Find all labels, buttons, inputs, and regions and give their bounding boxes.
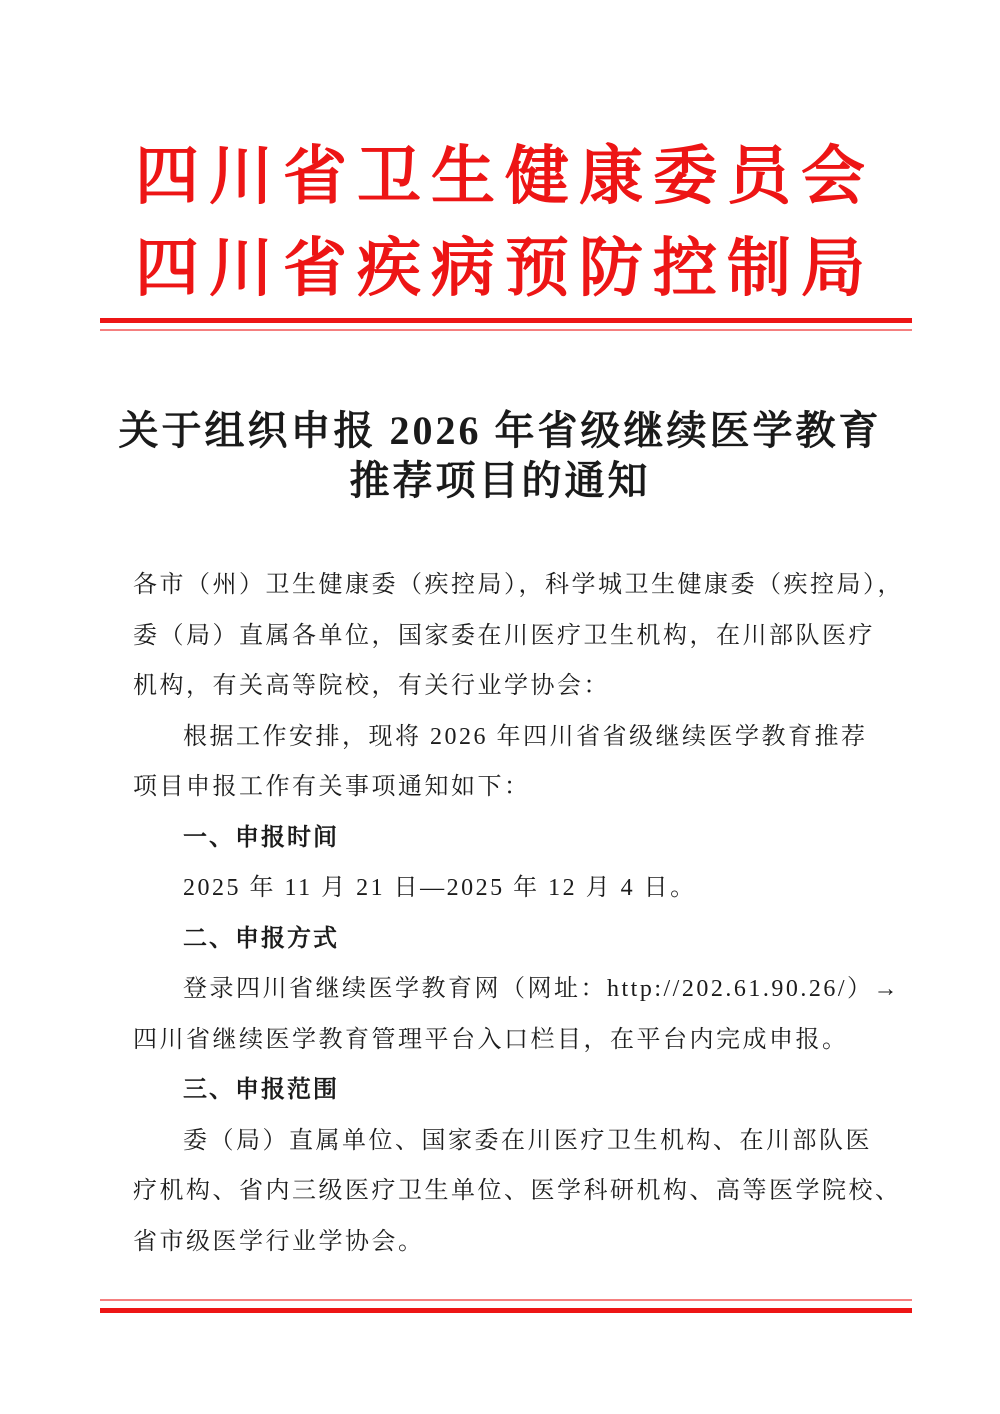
section-3-content-1: 委（局）直属单位、国家委在川医疗卫生机构、在川部队医 xyxy=(133,1116,885,1167)
footer-rule-thick xyxy=(100,1308,912,1313)
notice-title: 关于组织申报 2026 年省级继续医学教育 推荐项目的通知 xyxy=(0,406,1000,506)
addressee-line-1: 各市（州）卫生健康委（疾控局），科学城卫生健康委（疾控局）， xyxy=(133,560,885,611)
section-1-content: 2025 年 11 月 21 日—2025 年 12 月 4 日。 xyxy=(133,863,885,914)
addressee-line-2: 委（局）直属各单位，国家委在川医疗卫生机构，在川部队医疗 xyxy=(133,611,885,662)
addressee-line-3: 机构，有关高等院校，有关行业学协会： xyxy=(133,661,885,712)
footer-rule-thin xyxy=(100,1299,912,1301)
notice-body: 各市（州）卫生健康委（疾控局），科学城卫生健康委（疾控局）， 委（局）直属各单位… xyxy=(133,560,885,1267)
header-rule-thick xyxy=(100,318,912,323)
section-2-content-1: 登录四川省继续医学教育网（网址：http://202.61.90.26/）→ xyxy=(133,964,885,1015)
letterhead: 四川省卫生健康委员会 四川省疾病预防控制局 xyxy=(0,131,1000,315)
section-2-heading: 二、申报方式 xyxy=(133,914,885,965)
intro-line-2: 项目申报工作有关事项通知如下： xyxy=(133,762,885,813)
section-1-heading: 一、申报时间 xyxy=(133,813,885,864)
notice-title-line-1: 关于组织申报 2026 年省级继续医学教育 xyxy=(0,406,1000,456)
document-page: 四川省卫生健康委员会 四川省疾病预防控制局 关于组织申报 2026 年省级继续医… xyxy=(0,0,1000,1414)
section-3-content-3: 省市级医学行业学协会。 xyxy=(133,1217,885,1268)
section-3-heading: 三、申报范围 xyxy=(133,1065,885,1116)
section-2-content-2: 四川省继续医学教育管理平台入口栏目，在平台内完成申报。 xyxy=(133,1015,885,1066)
notice-title-line-2: 推荐项目的通知 xyxy=(0,456,1000,506)
section-3-content-2: 疗机构、省内三级医疗卫生单位、医学科研机构、高等医学院校、 xyxy=(133,1166,885,1217)
letterhead-agency-1: 四川省卫生健康委员会 xyxy=(10,131,1000,223)
header-rule-thin xyxy=(100,329,912,331)
letterhead-agency-2: 四川省疾病预防控制局 xyxy=(10,223,1000,315)
intro-line-1: 根据工作安排，现将 2026 年四川省省级继续医学教育推荐 xyxy=(133,712,885,763)
